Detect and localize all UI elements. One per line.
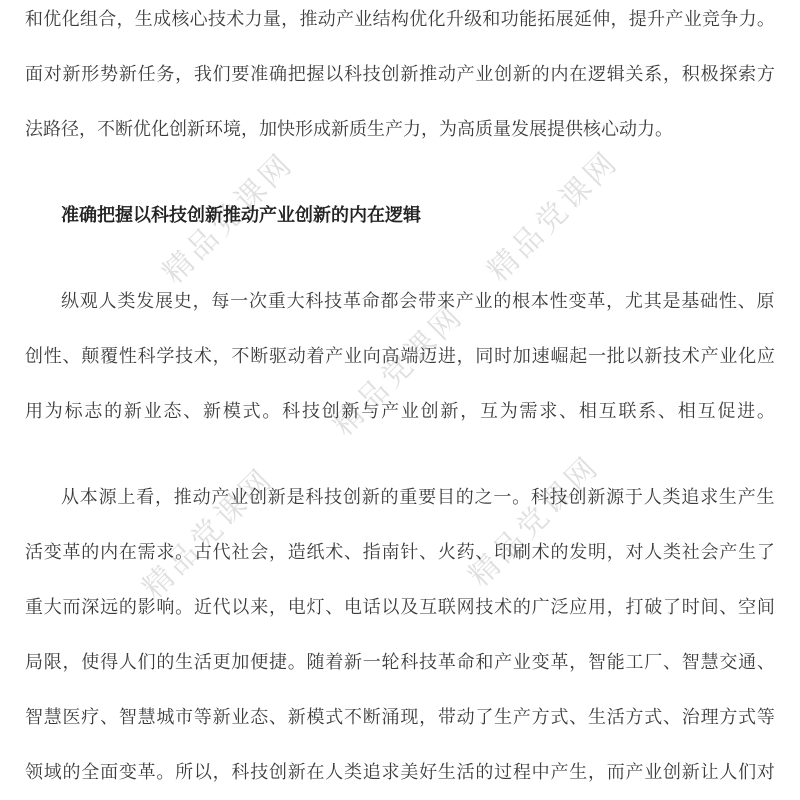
text-line: 法路径，不断优化创新环境，加快形成新质生产力，为高质量发展提供核心动力。: [25, 102, 775, 157]
paragraph-1: 和优化组合，生成核心技术力量，推动产业结构优化升级和功能拓展延伸，提升产业竞争力…: [25, 0, 775, 157]
text-line: 活变革的内在需求。古代社会，造纸术、指南针、火药、印刷术的发明，对人类社会产生了: [25, 525, 775, 580]
text-line: 面对新形势新任务，我们要准确把握以科技创新推动产业创新的内在逻辑关系，积极探索方: [25, 47, 775, 102]
text-line: 局限，使得人们的生活更加便捷。随着新一轮科技革命和产业变革，智能工厂、智慧交通、: [25, 635, 775, 690]
document-content: 和优化组合，生成核心技术力量，推动产业结构优化升级和功能拓展延伸，提升产业竞争力…: [0, 0, 800, 800]
text-line: 智慧医疗、智慧城市等新业态、新模式不断涌现，带动了生产方式、生活方式、治理方式等: [25, 690, 775, 745]
paragraph-3: 从本源上看，推动产业创新是科技创新的重要目的之一。科技创新源于人类追求生产生 活…: [25, 470, 775, 800]
text-line: 纵观人类发展史，每一次重大科技革命都会带来产业的根本性变革，尤其是基础性、原: [25, 274, 775, 329]
document-page: 精品党课网 精品党课网 精品党课网 精品党课网 精品党课网 和优化组合，生成核心…: [0, 0, 800, 800]
text-line: 和优化组合，生成核心技术力量，推动产业结构优化升级和功能拓展延伸，提升产业竞争力…: [25, 0, 775, 47]
paragraph-2: 纵观人类发展史，每一次重大科技革命都会带来产业的根本性变革，尤其是基础性、原 创…: [25, 274, 775, 439]
text-line: 创性、颠覆性科学技术，不断驱动着产业向高端迈进，同时加速崛起一批以新技术产业化应: [25, 329, 775, 384]
text-line: 用为标志的新业态、新模式。科技创新与产业创新，互为需求、相互联系、相互促进。: [25, 384, 775, 439]
text-line: 领域的全面变革。所以，科技创新在人类追求美好生活的过程中产生，而产业创新让人们对: [25, 745, 775, 800]
section-heading: 准确把握以科技创新推动产业创新的内在逻辑: [25, 188, 775, 243]
text-line: 从本源上看，推动产业创新是科技创新的重要目的之一。科技创新源于人类追求生产生: [25, 470, 775, 525]
text-line: 重大而深远的影响。近代以来，电灯、电话以及互联网技术的广泛应用，打破了时间、空间: [25, 580, 775, 635]
